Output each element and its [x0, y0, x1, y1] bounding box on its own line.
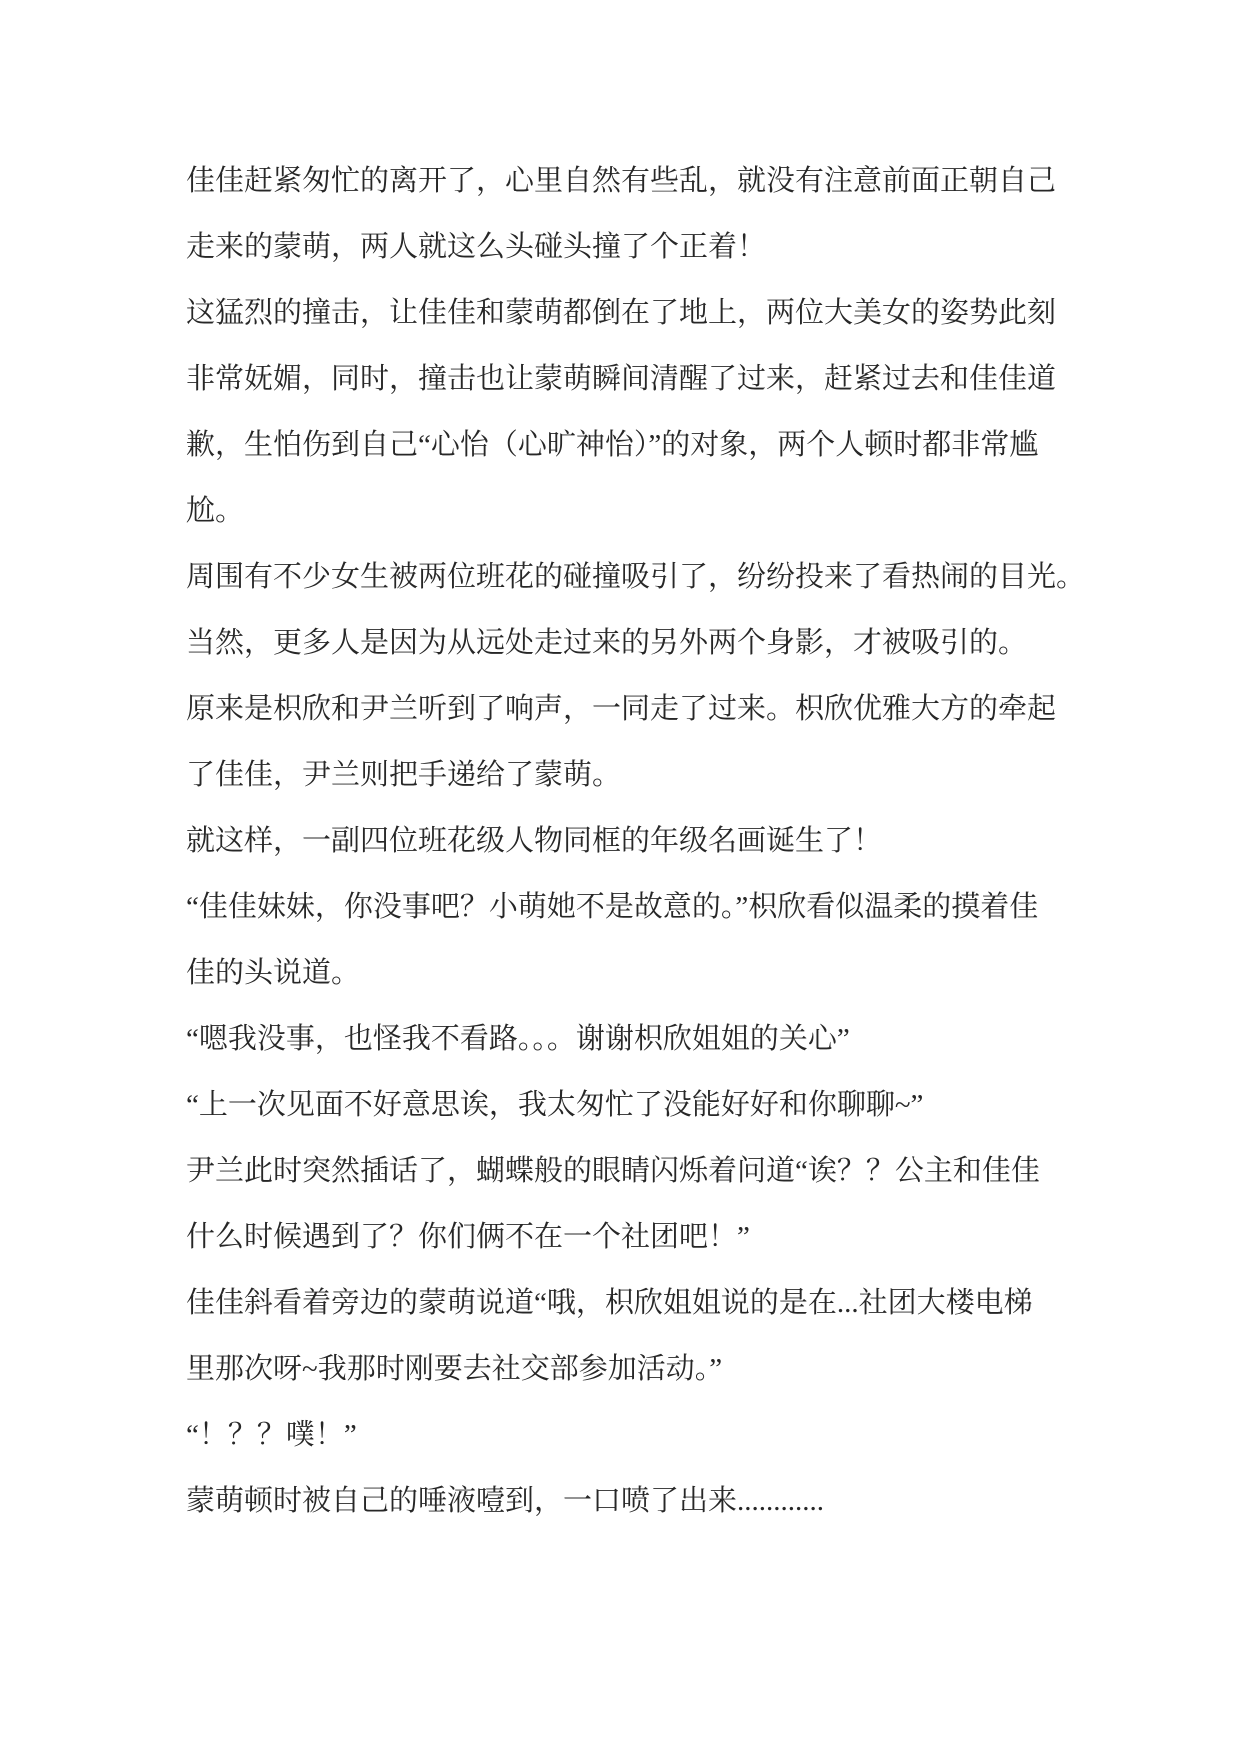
- paragraph: 佳佳斜看着旁边的蒙萌说道“哦，枳欣姐姐说的是在...社团大楼电梯里那次呀~我那时…: [186, 1270, 1106, 1402]
- paragraph: 蒙萌顿时被自己的唾液噎到，一口喷了出来............: [186, 1468, 1106, 1534]
- text-line: 就这样，一副四位班花级人物同框的年级名画诞生了！: [186, 808, 1106, 874]
- paragraph: 佳佳赶紧匆忙的离开了，心里自然有些乱，就没有注意前面正朝自己走来的蒙萌，两人就这…: [186, 148, 1106, 280]
- text-line: 蒙萌顿时被自己的唾液噎到，一口喷了出来............: [186, 1468, 1106, 1534]
- text-line: 歉，生怕伤到自己“心怡（心旷神怡）”的对象，两个人顿时都非常尴: [186, 412, 1106, 478]
- document-page: 佳佳赶紧匆忙的离开了，心里自然有些乱，就没有注意前面正朝自己走来的蒙萌，两人就这…: [0, 0, 1241, 1754]
- text-line: 什么时候遇到了？你们俩不在一个社团吧！”: [186, 1204, 1106, 1270]
- text-line: 了佳佳，尹兰则把手递给了蒙萌。: [186, 742, 1106, 808]
- story-text-block: 佳佳赶紧匆忙的离开了，心里自然有些乱，就没有注意前面正朝自己走来的蒙萌，两人就这…: [186, 148, 1106, 1534]
- text-line: “上一次见面不好意思诶，我太匆忙了没能好好和你聊聊~”: [186, 1072, 1106, 1138]
- text-line: “嗯我没事，也怪我不看路。。。谢谢枳欣姐姐的关心”: [186, 1006, 1106, 1072]
- paragraph: “嗯我没事，也怪我不看路。。。谢谢枳欣姐姐的关心”: [186, 1006, 1106, 1072]
- text-line: 里那次呀~我那时刚要去社交部参加活动。”: [186, 1336, 1106, 1402]
- paragraph: “上一次见面不好意思诶，我太匆忙了没能好好和你聊聊~”: [186, 1072, 1106, 1138]
- text-line: 这猛烈的撞击，让佳佳和蒙萌都倒在了地上，两位大美女的姿势此刻: [186, 280, 1106, 346]
- text-line: 尹兰此时突然插话了，蝴蝶般的眼睛闪烁着问道“诶？？公主和佳佳: [186, 1138, 1106, 1204]
- text-line: 非常妩媚，同时，撞击也让蒙萌瞬间清醒了过来，赶紧过去和佳佳道: [186, 346, 1106, 412]
- paragraph: 尹兰此时突然插话了，蝴蝶般的眼睛闪烁着问道“诶？？公主和佳佳什么时候遇到了？你们…: [186, 1138, 1106, 1270]
- paragraph: 就这样，一副四位班花级人物同框的年级名画诞生了！: [186, 808, 1106, 874]
- text-line: “佳佳妹妹，你没事吧？小萌她不是故意的。”枳欣看似温柔的摸着佳: [186, 874, 1106, 940]
- paragraph: “！？？噗！”: [186, 1402, 1106, 1468]
- text-line: 走来的蒙萌，两人就这么头碰头撞了个正着！: [186, 214, 1106, 280]
- text-line: 当然，更多人是因为从远处走过来的另外两个身影，才被吸引的。: [186, 610, 1106, 676]
- paragraph: 周围有不少女生被两位班花的碰撞吸引了，纷纷投来了看热闹的目光。: [186, 544, 1106, 610]
- text-line: 佳的头说道。: [186, 940, 1106, 1006]
- text-line: 原来是枳欣和尹兰听到了响声，一同走了过来。枳欣优雅大方的牵起: [186, 676, 1106, 742]
- paragraph: 当然，更多人是因为从远处走过来的另外两个身影，才被吸引的。: [186, 610, 1106, 676]
- text-line: 佳佳赶紧匆忙的离开了，心里自然有些乱，就没有注意前面正朝自己: [186, 148, 1106, 214]
- paragraph: 这猛烈的撞击，让佳佳和蒙萌都倒在了地上，两位大美女的姿势此刻非常妩媚，同时，撞击…: [186, 280, 1106, 544]
- text-line: 尬。: [186, 478, 1106, 544]
- text-line: 佳佳斜看着旁边的蒙萌说道“哦，枳欣姐姐说的是在...社团大楼电梯: [186, 1270, 1106, 1336]
- paragraph: 原来是枳欣和尹兰听到了响声，一同走了过来。枳欣优雅大方的牵起了佳佳，尹兰则把手递…: [186, 676, 1106, 808]
- paragraph: “佳佳妹妹，你没事吧？小萌她不是故意的。”枳欣看似温柔的摸着佳佳的头说道。: [186, 874, 1106, 1006]
- text-line: “！？？噗！”: [186, 1402, 1106, 1468]
- text-line: 周围有不少女生被两位班花的碰撞吸引了，纷纷投来了看热闹的目光。: [186, 544, 1106, 610]
